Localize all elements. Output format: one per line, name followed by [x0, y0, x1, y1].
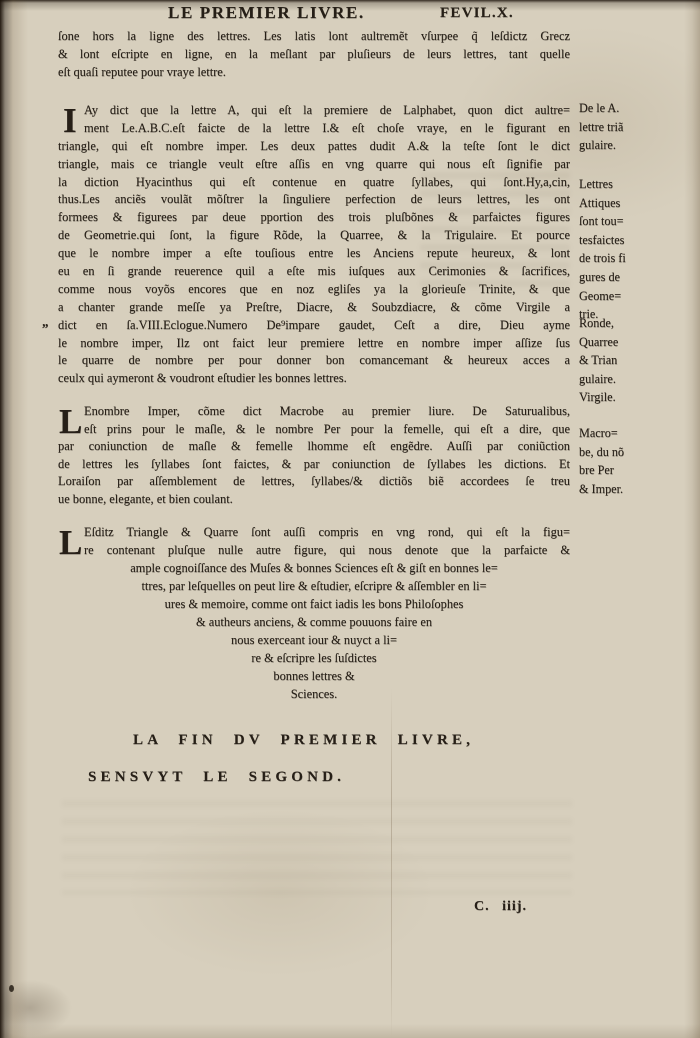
text-line: de lettres les ſyllabes ſont faictes, & …	[58, 457, 570, 475]
text-line: thus.Les anciẽs voulãt mõſtrer la ſingul…	[58, 192, 570, 210]
text-line: eſt prins pour le maſle, & le nombre Per…	[58, 422, 570, 440]
margin-note-line: & Trian	[579, 353, 675, 372]
margin-note-line: de trois fi	[579, 251, 675, 270]
next-book-line: SENSVYT LE SEGOND.	[88, 769, 345, 786]
text-line: nous exerceant iour & nuyct a li=	[58, 633, 570, 651]
margin-note-line: gulaire.	[579, 138, 675, 157]
text-line: formees & figurees par deue pportion des…	[58, 210, 570, 228]
text-line: Ay dict que la lettre A, qui eſt la prem…	[58, 103, 570, 121]
text-line: triangle, qui eſt nombre imper. Les deux…	[58, 139, 570, 157]
paragraph-continuation: ſone hors la ligne des lettres. Les lati…	[58, 29, 570, 83]
margin-note-line: Virgile.	[579, 390, 675, 409]
end-of-book-line: LA FIN DV PREMIER LIVRE,	[133, 732, 474, 749]
text-line: la diction Hyacinthus qui eſt contenue e…	[58, 175, 570, 193]
paragraph-letter-a: I Ay dict que la lettre A, qui eſt la pr…	[58, 103, 570, 389]
text-line: bonnes lettres &	[58, 669, 570, 687]
text-line: le quarre de nombre per pour donner bon …	[58, 353, 570, 371]
text-line: re & eſcripre les ſuſdictes	[58, 651, 570, 669]
drop-cap-l: L	[59, 526, 82, 559]
text-line: triangle, mais ce triangle veult eſtre a…	[58, 157, 570, 175]
paper-crease	[391, 688, 392, 1038]
text-line: & lont eſcripte en ligne, en la meſlant …	[58, 47, 570, 65]
text-line: re contenant pluſque nulle autre figure,…	[58, 543, 570, 561]
margin-note-line: & Imper.	[579, 482, 675, 501]
margin-note-line: be, du nõ	[579, 445, 675, 464]
margin-note-macrobe: Macro= be, du nõ bre Per & Imper.	[579, 426, 675, 500]
drop-cap-l: L	[59, 405, 82, 438]
drop-cap-i: I	[63, 104, 77, 137]
text-line: ceulx qui aymeront & voudront eſtudier l…	[58, 371, 570, 389]
text-line: le nombre imper, Ilz ont faict leur prem…	[58, 336, 570, 354]
text-line: que le nombre imper a eſte touſious entr…	[58, 246, 570, 264]
text-line: Eſditz Triangle & Quarre ſont auſſi comp…	[58, 525, 570, 543]
text-line: de Geometrie.qui ſont, la figure Rõde, l…	[58, 228, 570, 246]
signature-mark: C. iiij.	[474, 899, 527, 915]
text-line: comme nous voyõs encores que en noz egli…	[58, 282, 570, 300]
text-line: ſone hors la ligne des lettres. Les lati…	[58, 29, 570, 47]
text-line: ample cognoiſſance des Muſes & bonnes Sc…	[58, 561, 570, 579]
running-title: LE PREMIER LIVRE.	[168, 3, 365, 23]
folio-number: FEVIL.X.	[440, 5, 514, 22]
margin-note-line: lettre triã	[579, 120, 675, 139]
text-line: a chanter grande meſſe ya Preſtre, Diacr…	[58, 300, 570, 318]
text-line: par coniunction de maſle & femelle lhomm…	[58, 439, 570, 457]
text-line: eu en ſi grande reuerence quil a eſte mi…	[58, 264, 570, 282]
paragraph-triangle-quarre: L Eſditz Triangle & Quarre ſont auſſi co…	[58, 525, 570, 705]
ink-speck	[9, 985, 14, 992]
margin-note-line: Lettres	[579, 177, 675, 196]
paragraph-nombre-imper: L Enombre Imper, cõme dict Macrobe au pr…	[58, 404, 570, 509]
margin-note-line: gulaire.	[579, 372, 675, 391]
margin-note-line: Ronde,	[579, 316, 675, 335]
text-line: Loraiſon par aſſemblement de lettres, ſy…	[58, 474, 570, 492]
margin-note-line: tesfaictes	[579, 233, 675, 252]
margin-note-line: gures de	[579, 270, 675, 289]
margin-note-line: bre Per	[579, 463, 675, 482]
margin-note-line: Macro=	[579, 426, 675, 445]
text-line: Enombre Imper, cõme dict Macrobe au prem…	[58, 404, 570, 422]
margin-quote-mark: „	[42, 314, 49, 330]
text-line: ue bonne, elegante, et bien coulant.	[58, 492, 570, 510]
margin-note-ronde-quarree: Ronde, Quarree & Trian gulaire. Virgile.	[579, 316, 675, 409]
book-page: LE PREMIER LIVRE. FEVIL.X. ſone hors la …	[0, 0, 700, 1038]
text-line: & autheurs anciens, & comme pouuons fair…	[58, 615, 570, 633]
margin-note-line: De le A.	[579, 101, 675, 120]
text-line: ures & memoire, comme ont faict iadis le…	[58, 597, 570, 615]
bleedthrough-ghost	[62, 800, 572, 895]
margin-note-line: Attiques	[579, 196, 675, 215]
text-line: dict en ſa.VIII.Eclogue.Numero De⁹impare…	[58, 318, 570, 336]
text-line: ment Le.A.B.C.eſt faicte de la lettre I.…	[58, 121, 570, 139]
margin-note-lettres-attiques: Lettres Attiques ſont tou= tesfaictes de…	[579, 177, 675, 326]
text-line: eſt quaſi reputee pour vraye lettre.	[58, 65, 570, 83]
margin-note-line: ſont tou=	[579, 214, 675, 233]
text-line: ttres, par leſquelles on peut lire & eſt…	[58, 579, 570, 597]
text-line: Sciences.	[58, 687, 570, 705]
margin-note-line: Geome=	[579, 289, 675, 308]
margin-note-lettre-triangulaire: De le A. lettre triã gulaire.	[579, 101, 675, 157]
margin-note-line: Quarree	[579, 335, 675, 354]
